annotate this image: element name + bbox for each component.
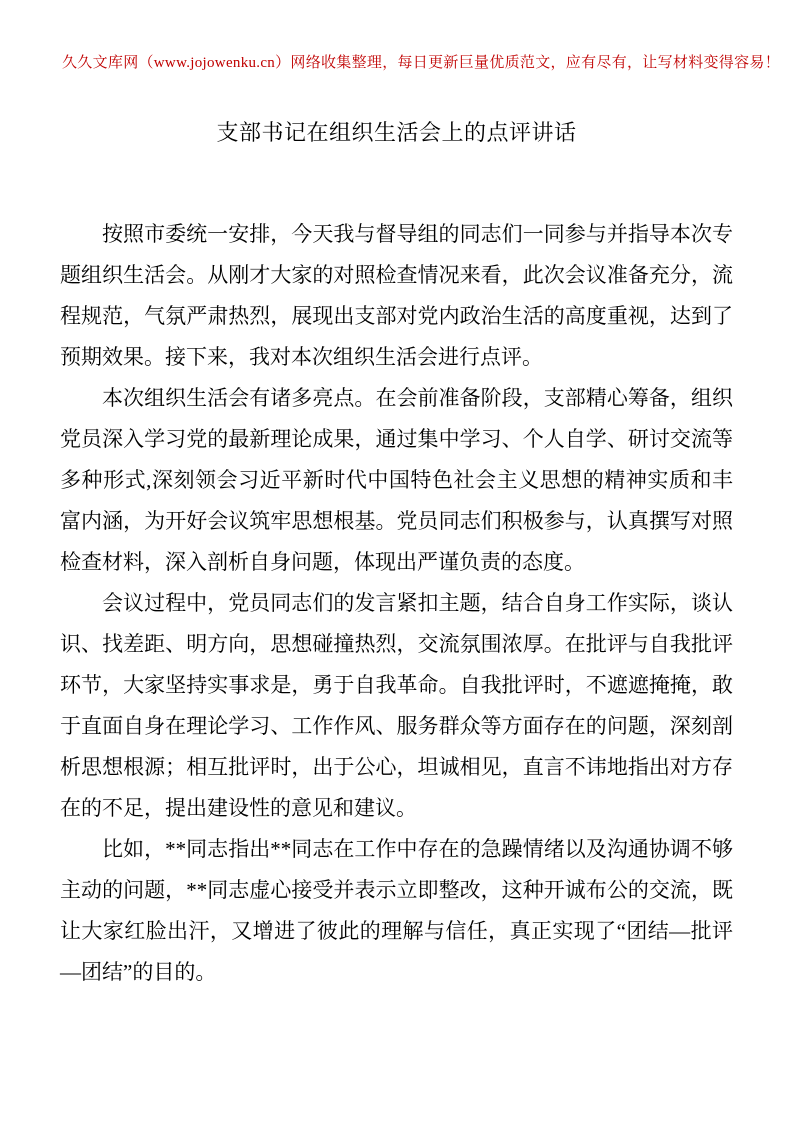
document-page: 久久文库网（www.jojowenku.cn）网络收集整理，每日更新巨量优质范文… [0,0,793,1122]
watermark-header: 久久文库网（www.jojowenku.cn）网络收集整理，每日更新巨量优质范文… [60,52,733,74]
paragraph: 会议过程中，党员同志们的发言紧扣主题，结合自身工作实际，谈认识、找差距、明方向，… [60,583,733,829]
document-body: 按照市委统一安排，今天我与督导组的同志们一同参与并指导本次专题组织生活会。从刚才… [60,214,733,993]
document-title: 支部书记在组织生活会上的点评讲话 [60,118,733,148]
paragraph: 比如，**同志指出**同志在工作中存在的急躁情绪以及沟通协调不够主动的问题，**… [60,829,733,993]
paragraph: 本次组织生活会有诸多亮点。在会前准备阶段，支部精心筹备，组织党员深入学习党的最新… [60,378,733,583]
paragraph: 按照市委统一安排，今天我与督导组的同志们一同参与并指导本次专题组织生活会。从刚才… [60,214,733,378]
